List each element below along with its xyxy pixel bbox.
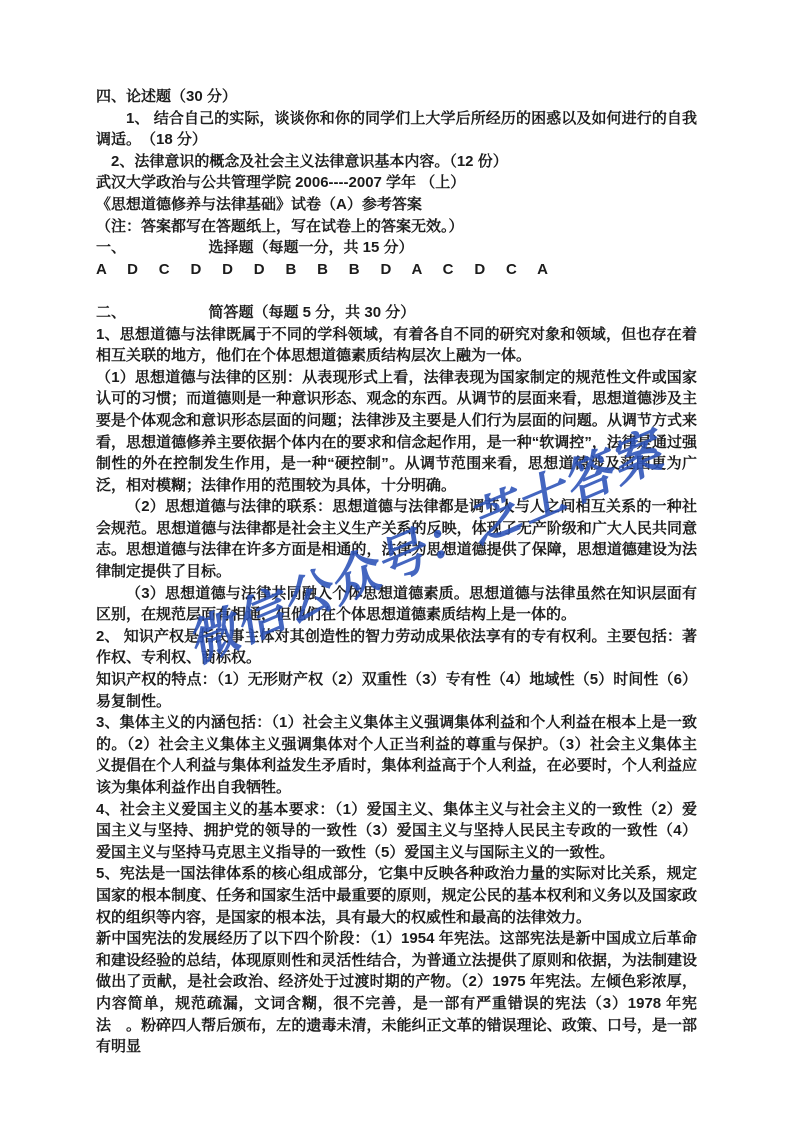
essay-item-2: 2、法律意识的概念及社会主义法律意识基本内容。（12 份） — [96, 151, 697, 173]
answer-sheet-note: （注：答案都写在答题纸上，写在试卷上的答案无效。） — [96, 216, 697, 238]
short-answer-4-patriotism: 4、社会主义爱国主义的基本要求：（1）爱国主义、集体主义与社会主义的一致性（2）… — [96, 799, 697, 864]
short-answer-5-constitution-stages: 新中国宪法的发展经历了以下四个阶段：（1）1954 年宪法。这部宪法是新中国成立… — [96, 928, 697, 1058]
short-answer-3-collectivism: 3、集体主义的内涵包括：（1）社会主义集体主义强调集体利益和个人利益在根本上是一… — [96, 712, 697, 798]
document-text-block: 四、论述题（30 分）1、 结合自己的实际，谈谈你和你的同学们上大学后所经历的困… — [96, 86, 697, 1058]
paper-title: 《思想道德修养与法律基础》试卷（A）参考答案 — [96, 194, 697, 216]
short-answer-2-definition: 2、 知识产权是指民事主体对其创造性的智力劳动成果依法享有的专有权利。主要包括：… — [96, 626, 697, 669]
short-answer-2-features: 知识产权的特点：（1）无形财产权（2）双重性（3）专有性（4）地域性（5）时间性… — [96, 669, 697, 712]
multiple-choice-answers: A D C D D D B B B D A C D C A — [96, 259, 697, 281]
document-page: 四、论述题（30 分）1、 结合自己的实际，谈谈你和你的同学们上大学后所经历的困… — [0, 0, 793, 1122]
section-1-heading: 一、 选择题（每题一分，共 15 分） — [96, 237, 697, 259]
short-answer-1-point-2: （2）思想道德与法律的联系：思想道德与法律都是调节人与人之间相互关系的一种社会规… — [96, 496, 697, 582]
spacer-line — [96, 280, 697, 302]
essay-item-1: 1、 结合自己的实际，谈谈你和你的同学们上大学后所经历的困惑以及如何进行的自我调… — [96, 108, 697, 151]
short-answer-5-constitution: 5、宪法是一国法律体系的核心组成部分，它集中反映各种政治力量的实际对比关系，规定… — [96, 863, 697, 928]
short-answer-1-point-1: （1）思想道德与法律的区别：从表现形式上看，法律表现为国家制定的规范性文件或国家… — [96, 367, 697, 497]
essay-section-heading: 四、论述题（30 分） — [96, 86, 697, 108]
short-answer-1-point-3: （3）思想道德与法律共同融入个体思想道德素质。思想道德与法律虽然在知识层面有区别… — [96, 583, 697, 626]
school-year-line: 武汉大学政治与公共管理学院 2006----2007 学年 （上） — [96, 172, 697, 194]
short-answer-1-intro: 1、思想道德与法律既属于不同的学科领域，有着各自不同的研究对象和领域，但也存在着… — [96, 324, 697, 367]
section-2-heading: 二、 简答题（每题 5 分，共 30 分） — [96, 302, 697, 324]
